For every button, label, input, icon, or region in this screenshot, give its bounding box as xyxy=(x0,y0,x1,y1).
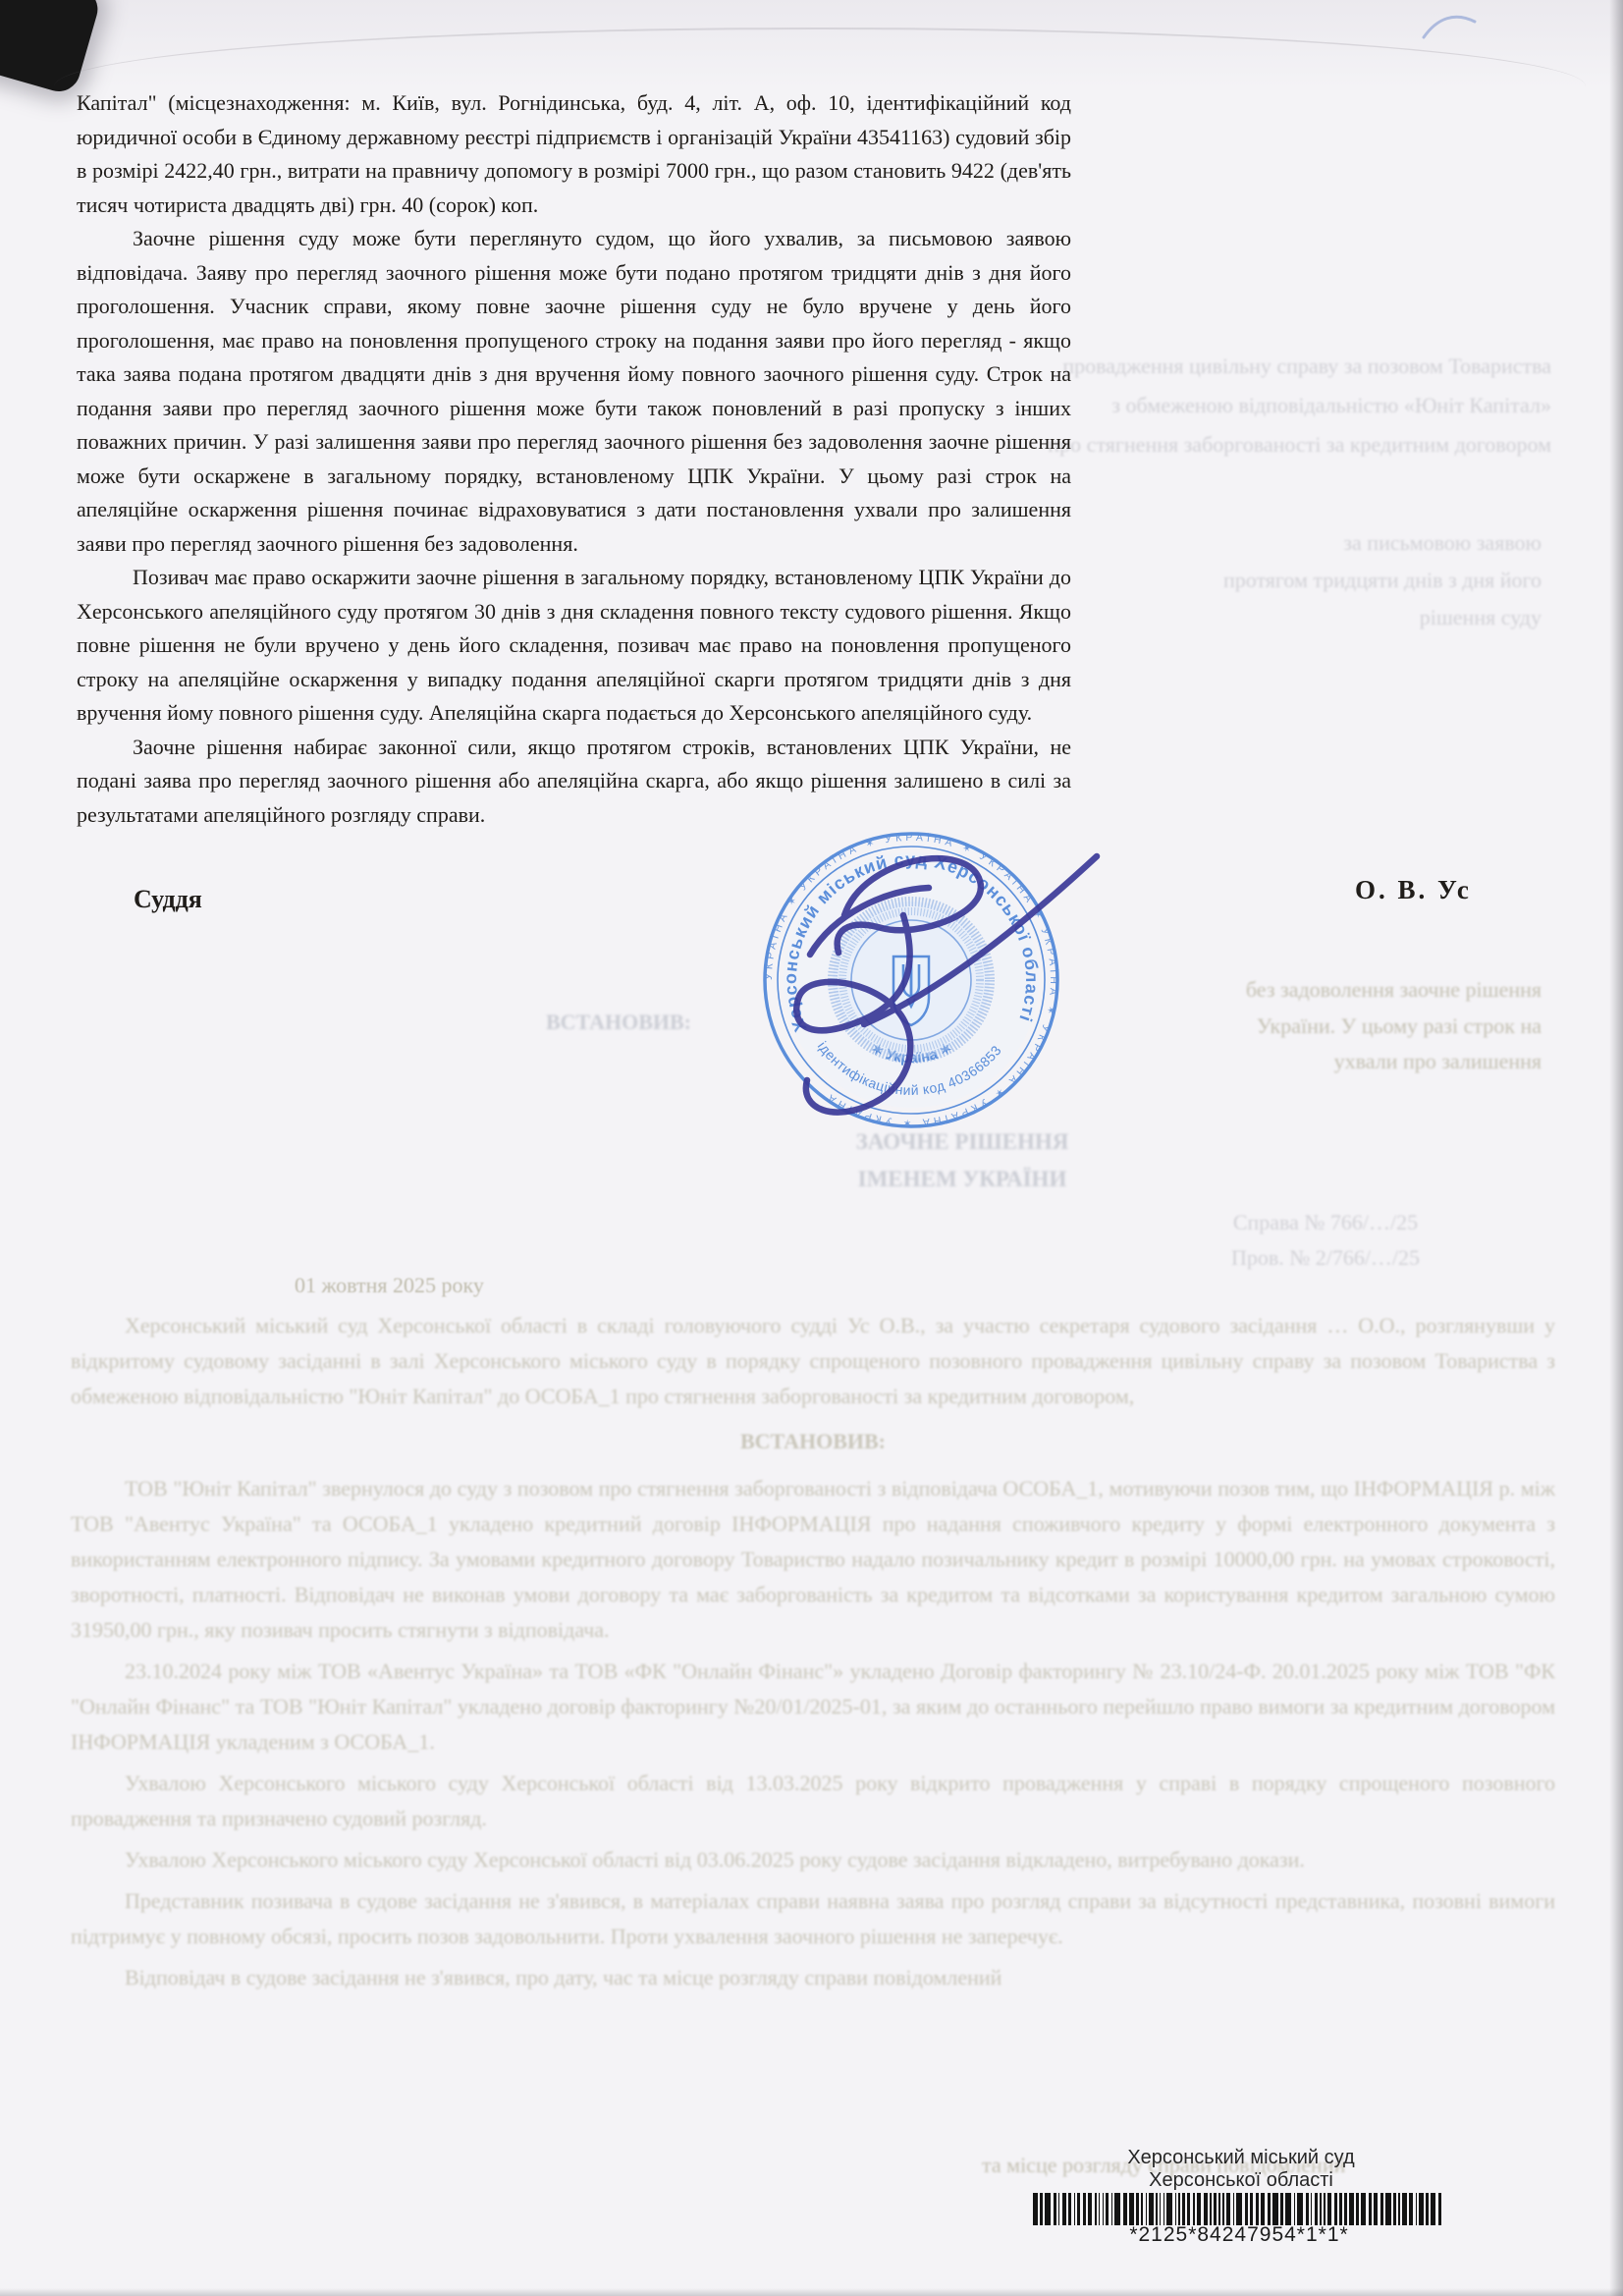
ghost-case-number: Справа № 766/…/25 xyxy=(1139,1210,1512,1235)
barcode-value-text: *2125*84247954*1*1* xyxy=(1033,2223,1445,2247)
ghost-fragment: України. У цьому разі строк на xyxy=(1090,1013,1542,1039)
ghost-fragment: за письмовою заявою xyxy=(1080,530,1542,556)
scan-edge-shadow-right xyxy=(1609,0,1623,2296)
judge-label: Суддя xyxy=(134,885,202,914)
pen-mark xyxy=(1420,6,1479,45)
ghost-paragraph: Представник позивача в судове засідання … xyxy=(71,1884,1555,1954)
ghost-paragraph: Відповідач в судове засідання не з'явивс… xyxy=(71,1960,1555,1995)
ghost-paragraph: 23.10.2024 року між ТОВ «Авентус Україна… xyxy=(71,1654,1555,1760)
ghost-fragment: з обмеженою відповідальністю «Юніт Капіт… xyxy=(1041,393,1551,418)
ghost-fragment: рішення суду xyxy=(1080,605,1542,630)
ghost-paragraph: Херсонський міський суд Херсонської обла… xyxy=(71,1308,1555,1414)
decision-paragraph: Позивач має право оскаржити заочне рішен… xyxy=(77,561,1071,731)
scanned-court-document-page: провадження цивільну справу за позовом Т… xyxy=(0,0,1623,2296)
decision-paragraph: Заочне рішення суду може бути переглянут… xyxy=(77,222,1071,561)
ghost-fragment: провадження цивільну справу за позовом Т… xyxy=(1041,354,1551,379)
ghost-paragraph: Ухвалою Херсонського міського суду Херсо… xyxy=(71,1766,1555,1836)
footer-court-name: Херсонський міський суд Херсонської обла… xyxy=(1039,2147,1443,2192)
decision-paragraph: Капітал" (місцезнаходження: м. Київ, вул… xyxy=(77,86,1071,222)
ghost-fragment: про стягнення заборгованості за кредитни… xyxy=(1041,432,1551,458)
ghost-paragraph: ТОВ "Юніт Капітал" звернулося до суду з … xyxy=(71,1471,1555,1648)
footer-court-line1: Херсонський міський суд xyxy=(1039,2147,1443,2169)
judge-name: О. В. Ус xyxy=(1355,875,1472,905)
ghost-proceeding-number: Пров. № 2/766/…/25 xyxy=(1139,1245,1512,1271)
ghost-date: 01 жовтня 2025 року xyxy=(295,1273,484,1298)
document-barcode xyxy=(1033,2193,1445,2225)
footer-court-line2: Херсонської області xyxy=(1039,2169,1443,2192)
scan-edge-shadow-bottom xyxy=(0,2288,1623,2296)
judge-signature xyxy=(717,797,1139,1180)
decision-text-block: Капітал" (місцезнаходження: м. Київ, вул… xyxy=(77,86,1071,832)
ghost-fragment: протягом тридцяти днів з дня його xyxy=(1080,568,1542,593)
bleed-through-body: Херсонський міський суд Херсонської обла… xyxy=(71,1308,1555,2001)
ghost-fragment: ухвали про залишення xyxy=(1090,1049,1542,1074)
ghost-fragment: без задоволення заочне рішення xyxy=(1090,977,1542,1003)
ghost-paragraph: Ухвалою Херсонського міського суду Херсо… xyxy=(71,1842,1555,1878)
ghost-heading-vstanoviv: ВСТАНОВИВ: xyxy=(71,1424,1555,1459)
